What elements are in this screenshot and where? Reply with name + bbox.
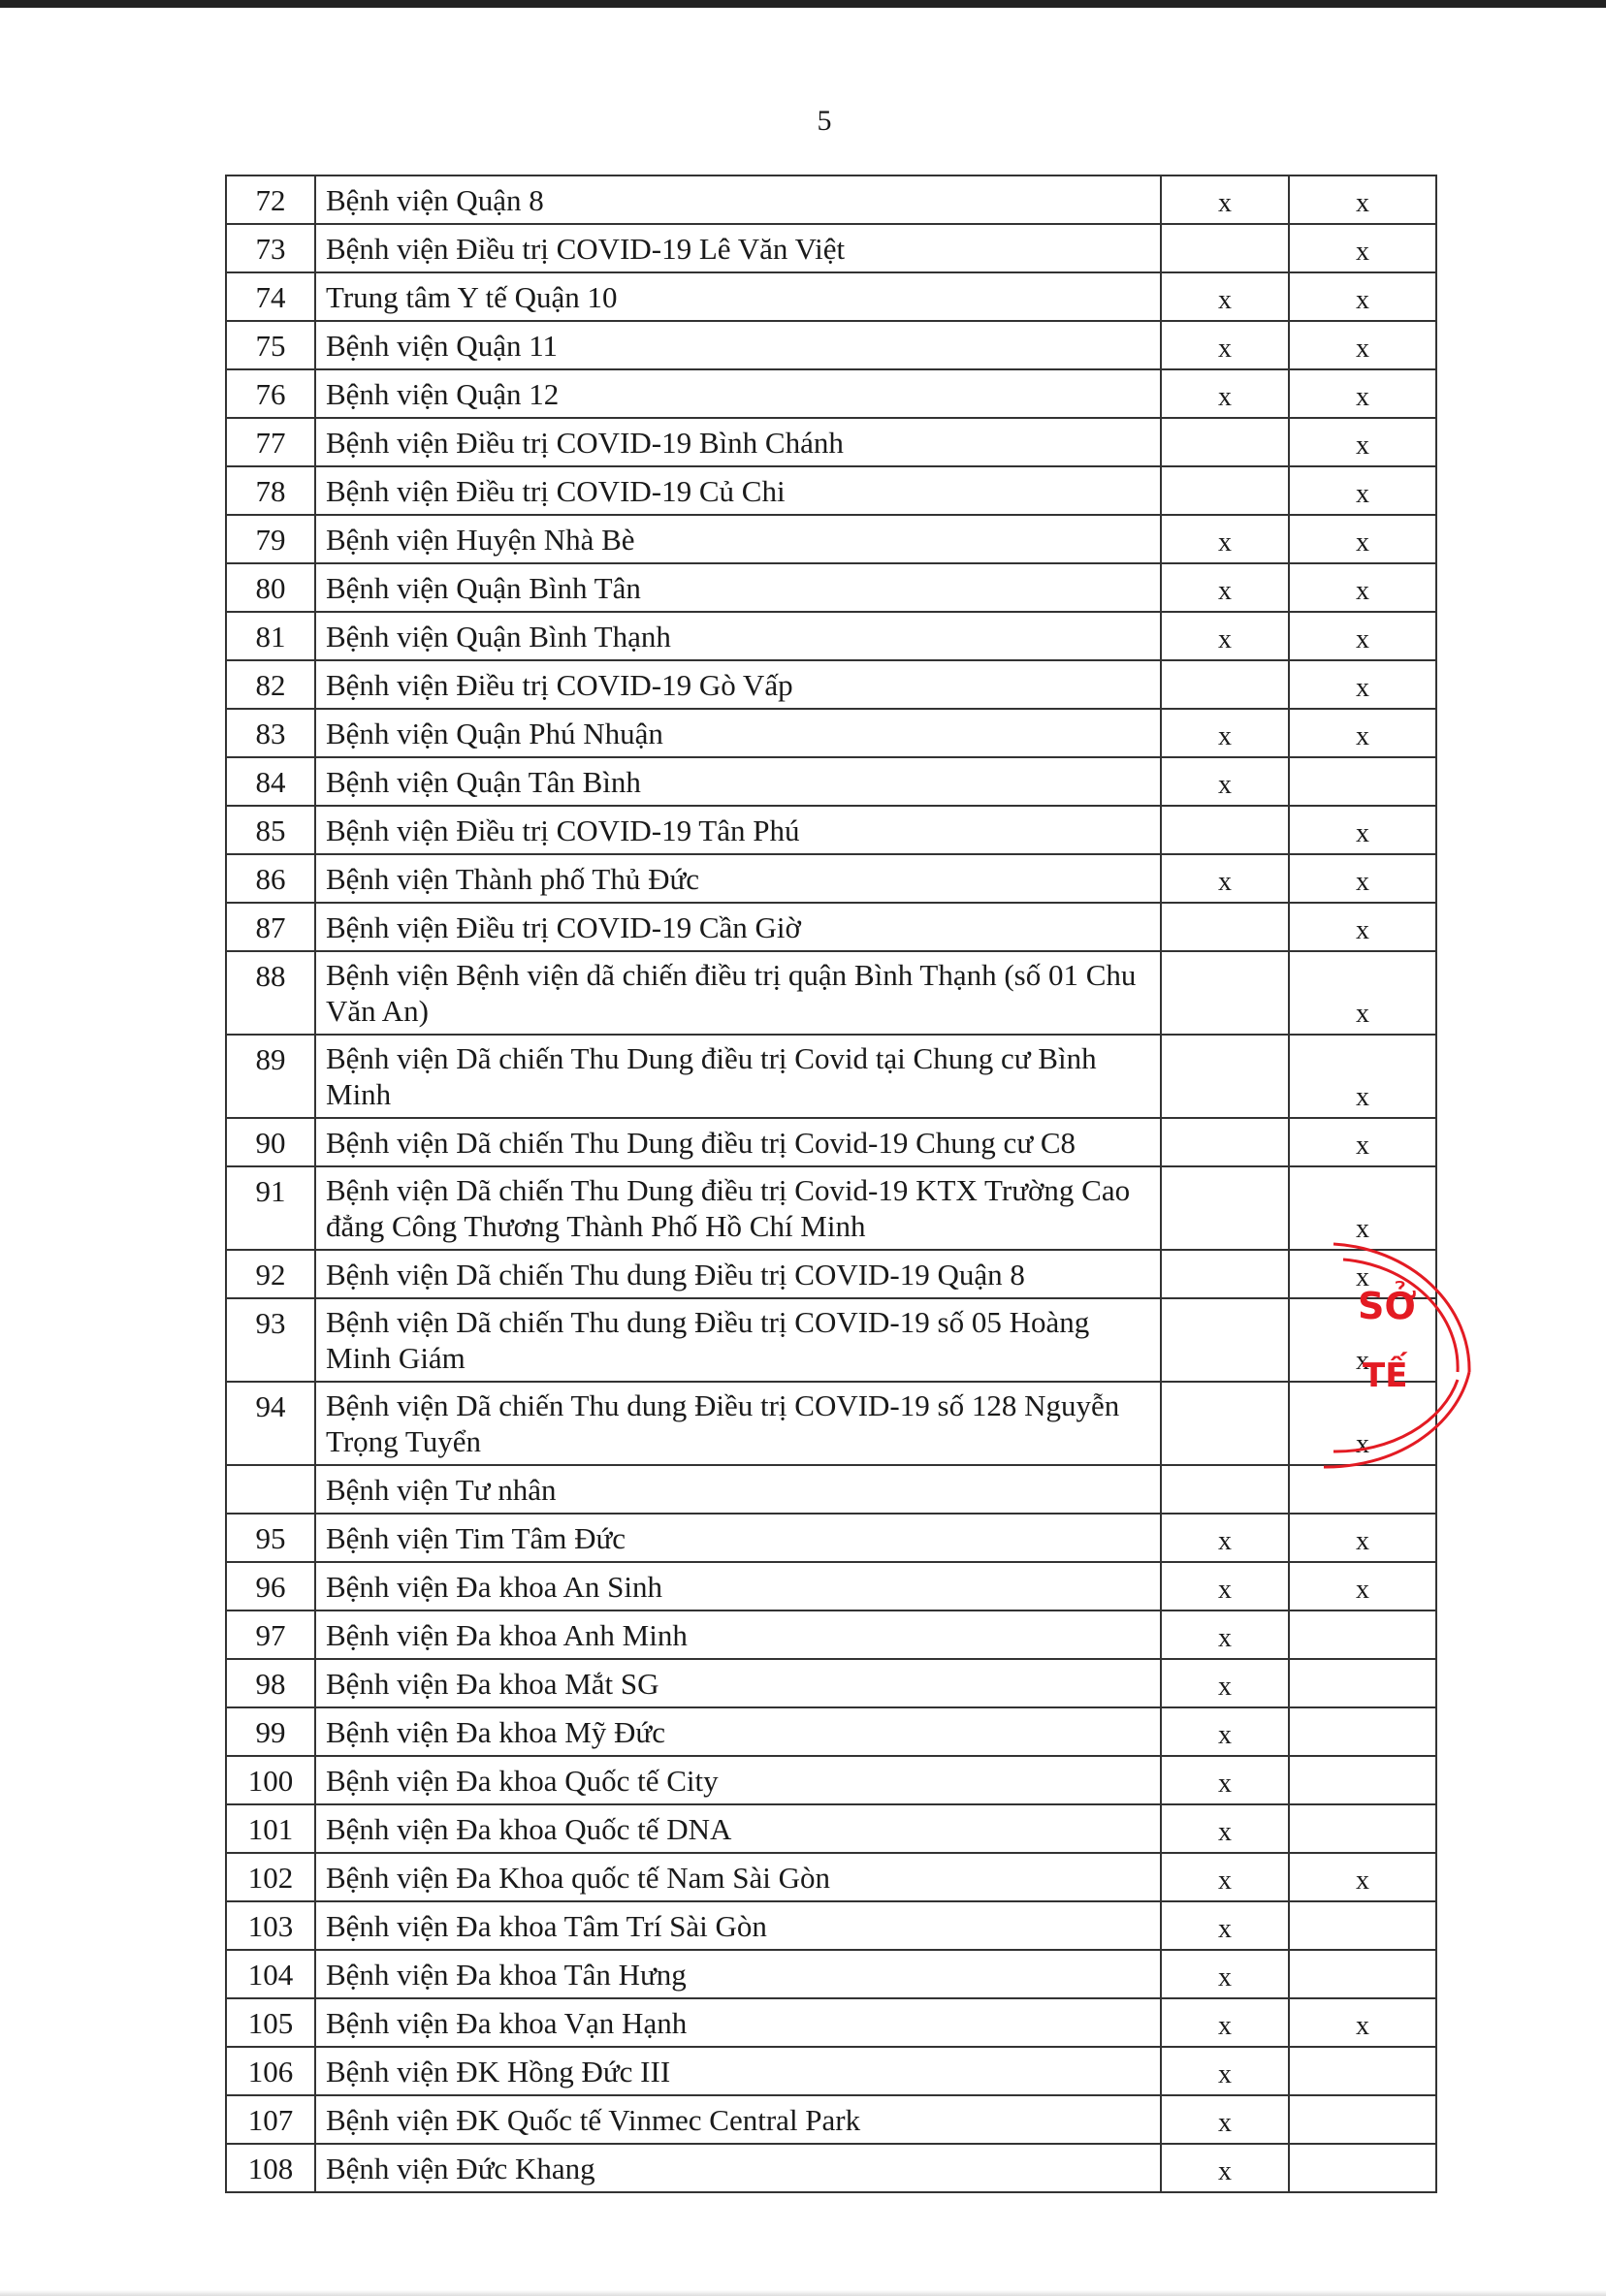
mark-column-2: x <box>1289 1118 1436 1166</box>
hospital-name: Bệnh viện Đa khoa Mắt SG <box>315 1659 1161 1707</box>
table-row: 90Bệnh viện Dã chiến Thu Dung điều trị C… <box>226 1118 1436 1166</box>
mark-column-1 <box>1161 903 1289 951</box>
row-number: 80 <box>226 563 315 612</box>
hospital-table-body: 72Bệnh viện Quận 8xx73Bệnh viện Điều trị… <box>226 175 1436 2192</box>
row-number: 94 <box>226 1382 315 1465</box>
scan-edge-top <box>0 0 1606 8</box>
mark-column-1: x <box>1161 1756 1289 1804</box>
row-number: 103 <box>226 1901 315 1950</box>
hospital-name: Bệnh viện Đa khoa Vạn Hạnh <box>315 1998 1161 2047</box>
row-number: 104 <box>226 1950 315 1998</box>
row-number: 90 <box>226 1118 315 1166</box>
mark-column-2 <box>1289 1756 1436 1804</box>
mark-column-1: x <box>1161 1804 1289 1853</box>
table-row: 81Bệnh viện Quận Bình Thạnhxx <box>226 612 1436 660</box>
table-row: 86Bệnh viện Thành phố Thủ Đứcxx <box>226 854 1436 903</box>
hospital-name: Bệnh viện Dã chiến Thu Dung điều trị Cov… <box>315 1118 1161 1166</box>
row-number: 87 <box>226 903 315 951</box>
mark-column-2: x <box>1289 903 1436 951</box>
mark-column-2: x <box>1289 1998 1436 2047</box>
hospital-name: Bệnh viện Thành phố Thủ Đức <box>315 854 1161 903</box>
table-row: 104Bệnh viện Đa khoa Tân Hưngx <box>226 1950 1436 1998</box>
table-row: 97Bệnh viện Đa khoa Anh Minhx <box>226 1610 1436 1659</box>
row-number: 84 <box>226 757 315 806</box>
row-number: 99 <box>226 1707 315 1756</box>
table-row: 102Bệnh viện Đa Khoa quốc tế Nam Sài Gòn… <box>226 1853 1436 1901</box>
row-number: 100 <box>226 1756 315 1804</box>
row-number: 98 <box>226 1659 315 1707</box>
mark-column-2: x <box>1289 515 1436 563</box>
hospital-name: Bệnh viện Đức Khang <box>315 2144 1161 2192</box>
mark-column-1: x <box>1161 854 1289 903</box>
mark-column-1: x <box>1161 1853 1289 1901</box>
row-number: 81 <box>226 612 315 660</box>
row-number: 85 <box>226 806 315 854</box>
mark-column-2: x <box>1289 563 1436 612</box>
mark-column-2: x <box>1289 612 1436 660</box>
table-row: 103Bệnh viện Đa khoa Tâm Trí Sài Gònx <box>226 1901 1436 1950</box>
row-number <box>226 1465 315 1514</box>
mark-column-2: x <box>1289 1853 1436 1901</box>
hospital-name: Bệnh viện Điều trị COVID-19 Củ Chi <box>315 466 1161 515</box>
mark-column-2: x <box>1289 1035 1436 1118</box>
row-number: 101 <box>226 1804 315 1853</box>
mark-column-2: x <box>1289 951 1436 1035</box>
hospital-name: Bệnh viện Tư nhân <box>315 1465 1161 1514</box>
row-number: 105 <box>226 1998 315 2047</box>
mark-column-1 <box>1161 1166 1289 1250</box>
row-number: 97 <box>226 1610 315 1659</box>
hospital-name: Bệnh viện Điều trị COVID-19 Cần Giờ <box>315 903 1161 951</box>
mark-column-2: x <box>1289 321 1436 369</box>
mark-column-1: x <box>1161 1659 1289 1707</box>
mark-column-2 <box>1289 2095 1436 2144</box>
row-number: 83 <box>226 709 315 757</box>
mark-column-1 <box>1161 951 1289 1035</box>
scan-edge-bottom <box>0 2290 1606 2296</box>
mark-column-2: x <box>1289 1562 1436 1610</box>
mark-column-2 <box>1289 1659 1436 1707</box>
table-row: 72Bệnh viện Quận 8xx <box>226 175 1436 224</box>
hospital-name: Bệnh viện Dã chiến Thu Dung điều trị Cov… <box>315 1166 1161 1250</box>
table-row: 94Bệnh viện Dã chiến Thu dung Điều trị C… <box>226 1382 1436 1465</box>
mark-column-2: x <box>1289 369 1436 418</box>
row-number: 92 <box>226 1250 315 1298</box>
row-number: 88 <box>226 951 315 1035</box>
mark-column-2: x <box>1289 1514 1436 1562</box>
mark-column-1: x <box>1161 709 1289 757</box>
mark-column-2 <box>1289 1465 1436 1514</box>
mark-column-1 <box>1161 466 1289 515</box>
hospital-table: 72Bệnh viện Quận 8xx73Bệnh viện Điều trị… <box>225 175 1437 2193</box>
hospital-name: Bệnh viện ĐK Hồng Đức III <box>315 2047 1161 2095</box>
row-number: 108 <box>226 2144 315 2192</box>
table-row: 74Trung tâm Y tế Quận 10xx <box>226 272 1436 321</box>
table-row: 107Bệnh viện ĐK Quốc tế Vinmec Central P… <box>226 2095 1436 2144</box>
row-number: 102 <box>226 1853 315 1901</box>
mark-column-2 <box>1289 1901 1436 1950</box>
mark-column-1 <box>1161 418 1289 466</box>
mark-column-2: x <box>1289 466 1436 515</box>
hospital-name: Bệnh viện Đa khoa Tâm Trí Sài Gòn <box>315 1901 1161 1950</box>
table-row: 84Bệnh viện Quận Tân Bìnhx <box>226 757 1436 806</box>
table-row: 73Bệnh viện Điều trị COVID-19 Lê Văn Việ… <box>226 224 1436 272</box>
row-number: 77 <box>226 418 315 466</box>
mark-column-1: x <box>1161 1610 1289 1659</box>
mark-column-2 <box>1289 1610 1436 1659</box>
hospital-name: Bệnh viện Quận Bình Thạnh <box>315 612 1161 660</box>
mark-column-1: x <box>1161 1901 1289 1950</box>
hospital-name: Bệnh viện Điều trị COVID-19 Lê Văn Việt <box>315 224 1161 272</box>
row-number: 76 <box>226 369 315 418</box>
table-row: 108Bệnh viện Đức Khangx <box>226 2144 1436 2192</box>
mark-column-1 <box>1161 1250 1289 1298</box>
hospital-name: Bệnh viện Dã chiến Thu dung Điều trị COV… <box>315 1250 1161 1298</box>
table-row: 93Bệnh viện Dã chiến Thu dung Điều trị C… <box>226 1298 1436 1382</box>
mark-column-2: x <box>1289 660 1436 709</box>
mark-column-2: x <box>1289 806 1436 854</box>
mark-column-2 <box>1289 2047 1436 2095</box>
table-row: 101Bệnh viện Đa khoa Quốc tế DNAx <box>226 1804 1436 1853</box>
mark-column-2: x <box>1289 1166 1436 1250</box>
mark-column-2: x <box>1289 1298 1436 1382</box>
hospital-name: Bệnh viện Đa khoa Tân Hưng <box>315 1950 1161 1998</box>
row-number: 72 <box>226 175 315 224</box>
mark-column-2 <box>1289 757 1436 806</box>
hospital-name: Bệnh viện Điều trị COVID-19 Gò Vấp <box>315 660 1161 709</box>
table-row: 92Bệnh viện Dã chiến Thu dung Điều trị C… <box>226 1250 1436 1298</box>
mark-column-1: x <box>1161 369 1289 418</box>
mark-column-2 <box>1289 1804 1436 1853</box>
hospital-name: Bệnh viện Dã chiến Thu dung Điều trị COV… <box>315 1382 1161 1465</box>
table-row: 95Bệnh viện Tim Tâm Đứcxx <box>226 1514 1436 1562</box>
hospital-name: Bệnh viện Quận Bình Tân <box>315 563 1161 612</box>
mark-column-2: x <box>1289 1382 1436 1465</box>
mark-column-1: x <box>1161 272 1289 321</box>
table-row: 85Bệnh viện Điều trị COVID-19 Tân Phúx <box>226 806 1436 854</box>
table-row: 96Bệnh viện Đa khoa An Sinhxx <box>226 1562 1436 1610</box>
mark-column-1 <box>1161 1465 1289 1514</box>
table-row: 83Bệnh viện Quận Phú Nhuậnxx <box>226 709 1436 757</box>
row-number: 78 <box>226 466 315 515</box>
table-row: 75Bệnh viện Quận 11xx <box>226 321 1436 369</box>
mark-column-1: x <box>1161 757 1289 806</box>
table-row: 87Bệnh viện Điều trị COVID-19 Cần Giờx <box>226 903 1436 951</box>
mark-column-1: x <box>1161 321 1289 369</box>
mark-column-1: x <box>1161 1562 1289 1610</box>
mark-column-2 <box>1289 1950 1436 1998</box>
mark-column-1 <box>1161 224 1289 272</box>
table-row: 82Bệnh viện Điều trị COVID-19 Gò Vấpx <box>226 660 1436 709</box>
table-row: 77Bệnh viện Điều trị COVID-19 Bình Chánh… <box>226 418 1436 466</box>
mark-column-1: x <box>1161 1707 1289 1756</box>
row-number: 79 <box>226 515 315 563</box>
mark-column-1 <box>1161 1382 1289 1465</box>
table-row: 99Bệnh viện Đa khoa Mỹ Đứcx <box>226 1707 1436 1756</box>
mark-column-2 <box>1289 1707 1436 1756</box>
row-number: 95 <box>226 1514 315 1562</box>
hospital-name: Bệnh viện Đa khoa Mỹ Đức <box>315 1707 1161 1756</box>
mark-column-2: x <box>1289 709 1436 757</box>
mark-column-1: x <box>1161 563 1289 612</box>
table-section-row: Bệnh viện Tư nhân <box>226 1465 1436 1514</box>
mark-column-2: x <box>1289 418 1436 466</box>
mark-column-1: x <box>1161 2095 1289 2144</box>
page-number: 5 <box>0 105 1606 138</box>
mark-column-2: x <box>1289 1250 1436 1298</box>
table-row: 91Bệnh viện Dã chiến Thu Dung điều trị C… <box>226 1166 1436 1250</box>
mark-column-1 <box>1161 1298 1289 1382</box>
mark-column-1: x <box>1161 1514 1289 1562</box>
hospital-name: Trung tâm Y tế Quận 10 <box>315 272 1161 321</box>
row-number: 89 <box>226 1035 315 1118</box>
row-number: 91 <box>226 1166 315 1250</box>
hospital-name: Bệnh viện Đa khoa Quốc tế DNA <box>315 1804 1161 1853</box>
hospital-name: Bệnh viện Tim Tâm Đức <box>315 1514 1161 1562</box>
hospital-name: Bệnh viện Đa Khoa quốc tế Nam Sài Gòn <box>315 1853 1161 1901</box>
mark-column-1: x <box>1161 2144 1289 2192</box>
table-row: 89Bệnh viện Dã chiến Thu Dung điều trị C… <box>226 1035 1436 1118</box>
row-number: 82 <box>226 660 315 709</box>
table-row: 106Bệnh viện ĐK Hồng Đức IIIx <box>226 2047 1436 2095</box>
hospital-name: Bệnh viện Huyện Nhà Bè <box>315 515 1161 563</box>
hospital-name: Bệnh viện Quận 12 <box>315 369 1161 418</box>
row-number: 73 <box>226 224 315 272</box>
hospital-name: Bệnh viện Đa khoa An Sinh <box>315 1562 1161 1610</box>
hospital-name: Bệnh viện Đa khoa Anh Minh <box>315 1610 1161 1659</box>
hospital-name: Bệnh viện Đa khoa Quốc tế City <box>315 1756 1161 1804</box>
hospital-name: Bệnh viện Điều trị COVID-19 Bình Chánh <box>315 418 1161 466</box>
hospital-name: Bệnh viện ĐK Quốc tế Vinmec Central Park <box>315 2095 1161 2144</box>
table-row: 88Bệnh viện Bệnh viện dã chiến điều trị … <box>226 951 1436 1035</box>
mark-column-1 <box>1161 806 1289 854</box>
hospital-name: Bệnh viện Điều trị COVID-19 Tân Phú <box>315 806 1161 854</box>
mark-column-1: x <box>1161 515 1289 563</box>
row-number: 86 <box>226 854 315 903</box>
hospital-name: Bệnh viện Quận 8 <box>315 175 1161 224</box>
mark-column-2: x <box>1289 175 1436 224</box>
mark-column-2: x <box>1289 272 1436 321</box>
row-number: 75 <box>226 321 315 369</box>
table-row: 98Bệnh viện Đa khoa Mắt SGx <box>226 1659 1436 1707</box>
mark-column-1: x <box>1161 1998 1289 2047</box>
row-number: 106 <box>226 2047 315 2095</box>
table-row: 105Bệnh viện Đa khoa Vạn Hạnhxx <box>226 1998 1436 2047</box>
table-row: 78Bệnh viện Điều trị COVID-19 Củ Chix <box>226 466 1436 515</box>
mark-column-2: x <box>1289 854 1436 903</box>
row-number: 74 <box>226 272 315 321</box>
table-row: 80Bệnh viện Quận Bình Tânxx <box>226 563 1436 612</box>
hospital-name: Bệnh viện Dã chiến Thu dung Điều trị COV… <box>315 1298 1161 1382</box>
mark-column-1: x <box>1161 1950 1289 1998</box>
mark-column-1 <box>1161 660 1289 709</box>
mark-column-2 <box>1289 2144 1436 2192</box>
table-row: 76Bệnh viện Quận 12xx <box>226 369 1436 418</box>
mark-column-2: x <box>1289 224 1436 272</box>
hospital-name: Bệnh viện Dã chiến Thu Dung điều trị Cov… <box>315 1035 1161 1118</box>
mark-column-1: x <box>1161 175 1289 224</box>
hospital-name: Bệnh viện Quận Phú Nhuận <box>315 709 1161 757</box>
hospital-name: Bệnh viện Quận 11 <box>315 321 1161 369</box>
row-number: 107 <box>226 2095 315 2144</box>
mark-column-1: x <box>1161 612 1289 660</box>
hospital-name: Bệnh viện Quận Tân Bình <box>315 757 1161 806</box>
row-number: 96 <box>226 1562 315 1610</box>
row-number: 93 <box>226 1298 315 1382</box>
table-row: 79Bệnh viện Huyện Nhà Bèxx <box>226 515 1436 563</box>
mark-column-1 <box>1161 1118 1289 1166</box>
mark-column-1 <box>1161 1035 1289 1118</box>
mark-column-1: x <box>1161 2047 1289 2095</box>
table-row: 100Bệnh viện Đa khoa Quốc tế Cityx <box>226 1756 1436 1804</box>
hospital-name: Bệnh viện Bệnh viện dã chiến điều trị qu… <box>315 951 1161 1035</box>
